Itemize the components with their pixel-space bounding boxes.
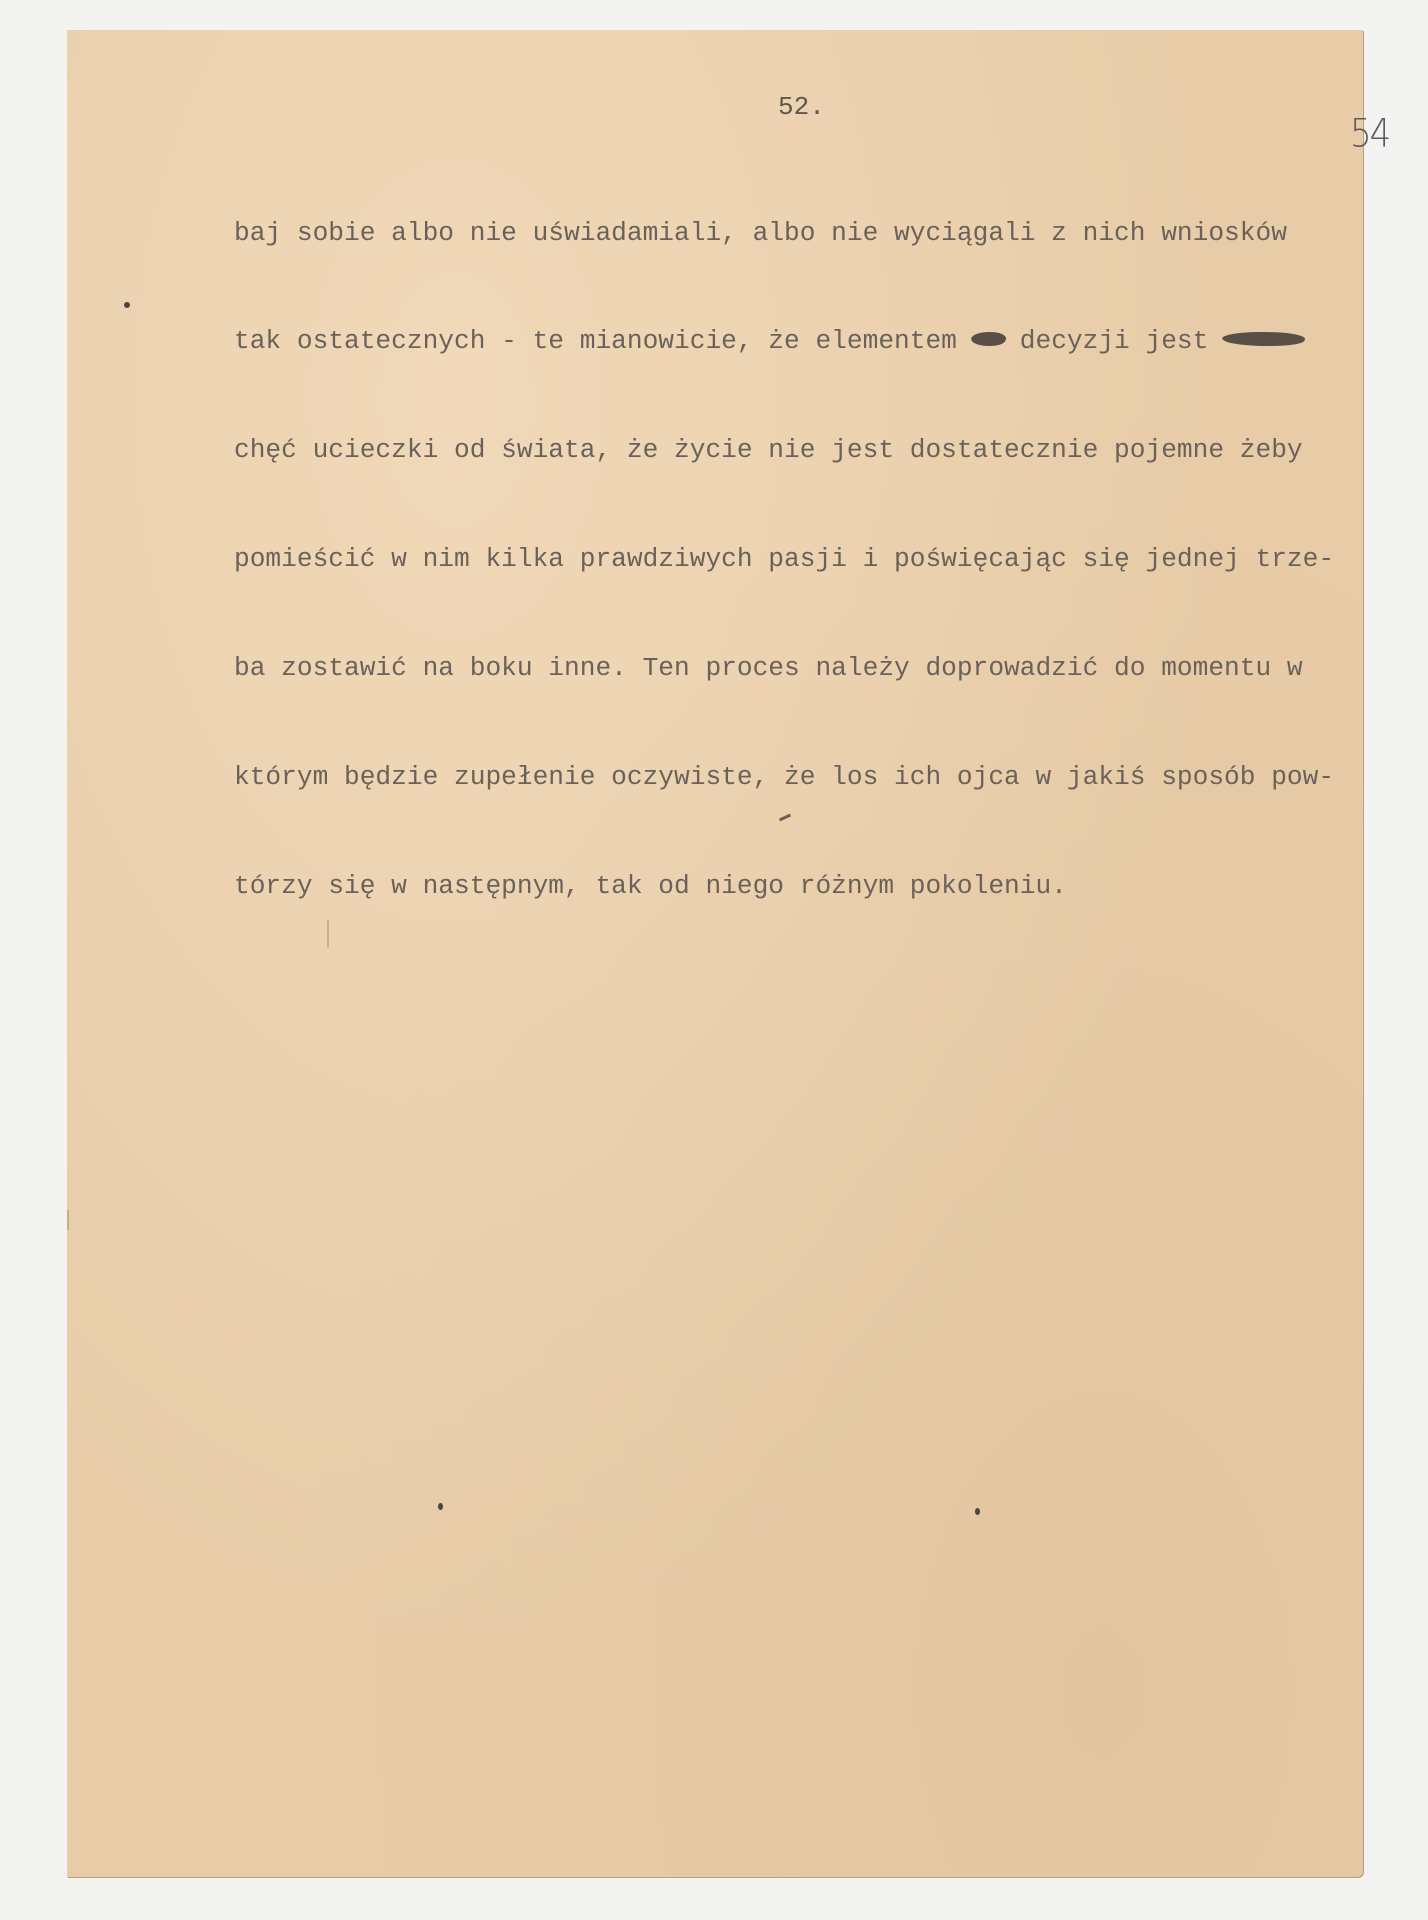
handwritten-archive-number: 54: [1350, 111, 1389, 157]
page-number: 52.: [778, 92, 825, 122]
text-line-3: chęć ucieczki od świata, że życie nie je…: [234, 432, 1334, 468]
crossed-out-word: ww: [973, 323, 1004, 359]
paper-speck: [438, 1503, 443, 1510]
paper-speck: [975, 1508, 980, 1515]
text-line-5: ba zostawić na boku inne. Ten proces nal…: [234, 650, 1334, 686]
text-line-2: tak ostatecznych - te mianowicie, że ele…: [234, 323, 1334, 359]
crossed-out-word: jnnie: [1224, 323, 1303, 359]
paper-speck: [124, 302, 130, 308]
paper-mark: [67, 1210, 69, 1230]
text-line-4: pomieścić w nim kilka prawdziwych pasji …: [234, 541, 1334, 577]
text-line-7: tórzy się w następnym, tak od niego różn…: [234, 868, 1334, 904]
text-line-6: którym będzie zupełenie oczywiste, że lo…: [234, 759, 1334, 795]
text-segment: decyzji jest: [1004, 326, 1224, 356]
text-segment: tak ostatecznych - te mianowicie, że ele…: [234, 326, 973, 356]
text-line-1: baj sobie albo nie uświadamiali, albo ni…: [234, 215, 1334, 251]
typed-body-text: baj sobie albo nie uświadamiali, albo ni…: [234, 142, 1334, 941]
